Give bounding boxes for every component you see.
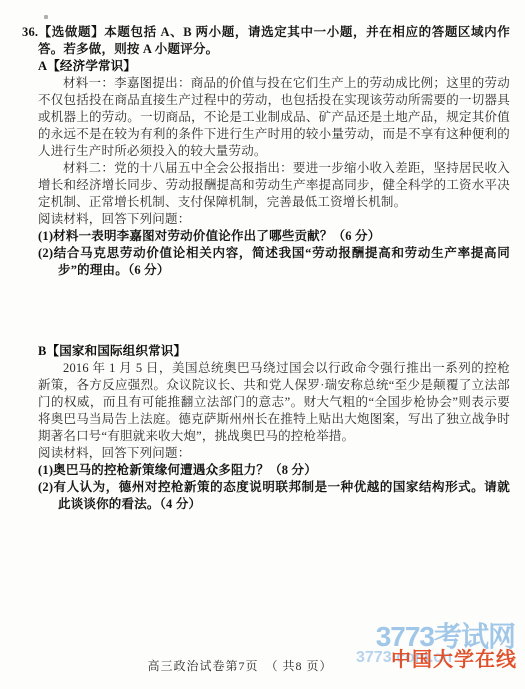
section-a-read-prompt: 阅读材料，回答下列问题： [38, 211, 510, 228]
section-b-question-2: (2)有人认为，德州对控枪新策的态度说明联邦制是一种优越的国家结构形式。请就此谈… [38, 479, 510, 513]
section-a: A【经济学常识】 材料一：李嘉图提出：商品的价值与投在它们生产上的劳动成比例；这… [38, 58, 510, 279]
section-b-read-prompt: 阅读材料，回答下列问题： [38, 445, 510, 462]
question-36-number: 36. [22, 25, 38, 39]
page-footer: 高三政治试卷第7页 （ 共8 页） [0, 657, 480, 674]
section-b-material: 2016 年 1 月 5 日，美国总统奥巴马绕过国会以行政命令强行推出一系列的控… [38, 360, 510, 445]
section-a-question-2: (2)结合马克思劳动价值论相关内容，简述我国“劳动报酬提高和劳动生产率提高同步”… [38, 245, 510, 279]
scan-artifact-dot [44, 15, 48, 19]
exam-content: 36.【选做题】本题包括 A、B 两小题，请选定其中一小题，并在相应的答题区域内… [22, 24, 510, 513]
section-a-material-1: 材料一：李嘉图提出：商品的价值与投在它们生产上的劳动成比例；这里的劳动不仅包括投… [38, 75, 510, 160]
question-36-intro: 36.【选做题】本题包括 A、B 两小题，请选定其中一小题，并在相应的答题区域内… [22, 24, 510, 58]
section-a-question-1: (1)材料一表明李嘉图对劳动价值论作出了哪些贡献？（6 分） [38, 228, 510, 245]
section-b-question-1: (1)奥巴马的控枪新策缘何遭遇众多阻力？（8 分） [38, 462, 510, 479]
exam-page: 36.【选做题】本题包括 A、B 两小题，请选定其中一小题，并在相应的答题区域内… [0, 0, 525, 689]
section-b: B【国家和国际组织常识】 2016 年 1 月 5 日，美国总统奥巴马绕过国会以… [38, 343, 510, 513]
section-b-heading: B【国家和国际组织常识】 [38, 343, 510, 360]
answer-space-a [22, 279, 510, 343]
section-a-heading: A【经济学常识】 [38, 58, 510, 75]
section-a-material-2: 材料二：党的十八届五中全会公报指出：要进一步缩小收入差距，坚持居民收入增长和经济… [38, 160, 510, 211]
watermark-site-name: 3773考试网 [376, 615, 515, 655]
question-36-intro-text: 【选做题】本题包括 A、B 两小题，请选定其中一小题，并在相应的答题区域内作答。… [38, 25, 510, 56]
